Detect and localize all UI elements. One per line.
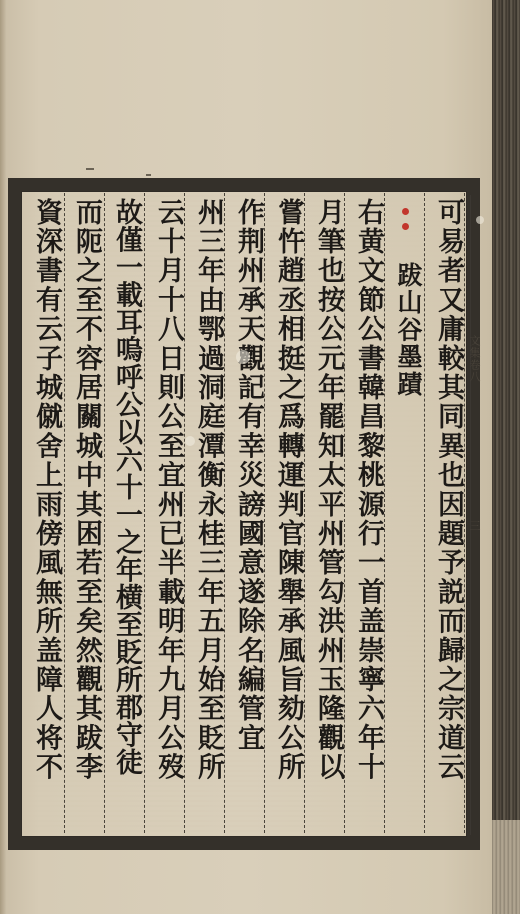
red-dot-icon — [402, 208, 409, 215]
paper-wear-spot — [236, 350, 250, 364]
book-fore-edge-bottom — [492, 820, 520, 914]
ink-speck — [146, 174, 151, 176]
text-column-5: 嘗忤趙丞相挺之爲轉運判官陳舉承風旨劾公所 — [268, 198, 308, 782]
text-column-3: 右黄文節公書韓昌黎桃源行一首盖崇寧六年十 — [348, 198, 388, 782]
banxin-margin — [470, 195, 483, 835]
text-column-1: 可易者又庸較其同異也因題予説而歸之宗道云 — [428, 198, 468, 782]
red-punctuation-marks — [400, 208, 410, 238]
book-fore-edge — [492, 0, 520, 914]
page-gutter-edge — [0, 0, 6, 914]
text-column-9: 故僅一載耳嗚呼公以六十一之年横至貶所郡守徒 — [106, 198, 146, 776]
text-column-8: 云十月十八日則公至宜州已半載明年九月公歿 — [148, 198, 188, 782]
text-column-7: 州三年由鄂過洞庭潭衡永桂三年五月始至貶所 — [188, 198, 228, 782]
text-column-11: 資深書有云子城僦舍上雨傍風無所盖障人将不 — [26, 198, 66, 782]
text-column-10: 而阨之至不容居關城中其困若至矣然觀其跋李 — [66, 198, 106, 782]
text-column-4: 月筆也按公元年罷知太平州管勾洪州玉隆觀以 — [308, 198, 348, 782]
banxin-title: 文集卷八 — [466, 335, 482, 383]
paper-wear-spot — [185, 436, 195, 446]
ink-speck — [86, 168, 94, 170]
banxin-page-number: 三 — [466, 520, 482, 531]
text-column-6: 作荆州承天觀記有幸災謗國意遂除名編管宜 — [228, 198, 268, 753]
section-title: 跋山谷墨蹟 — [388, 262, 428, 398]
paper-wear-spot — [476, 216, 484, 224]
red-dot-icon — [402, 223, 409, 230]
